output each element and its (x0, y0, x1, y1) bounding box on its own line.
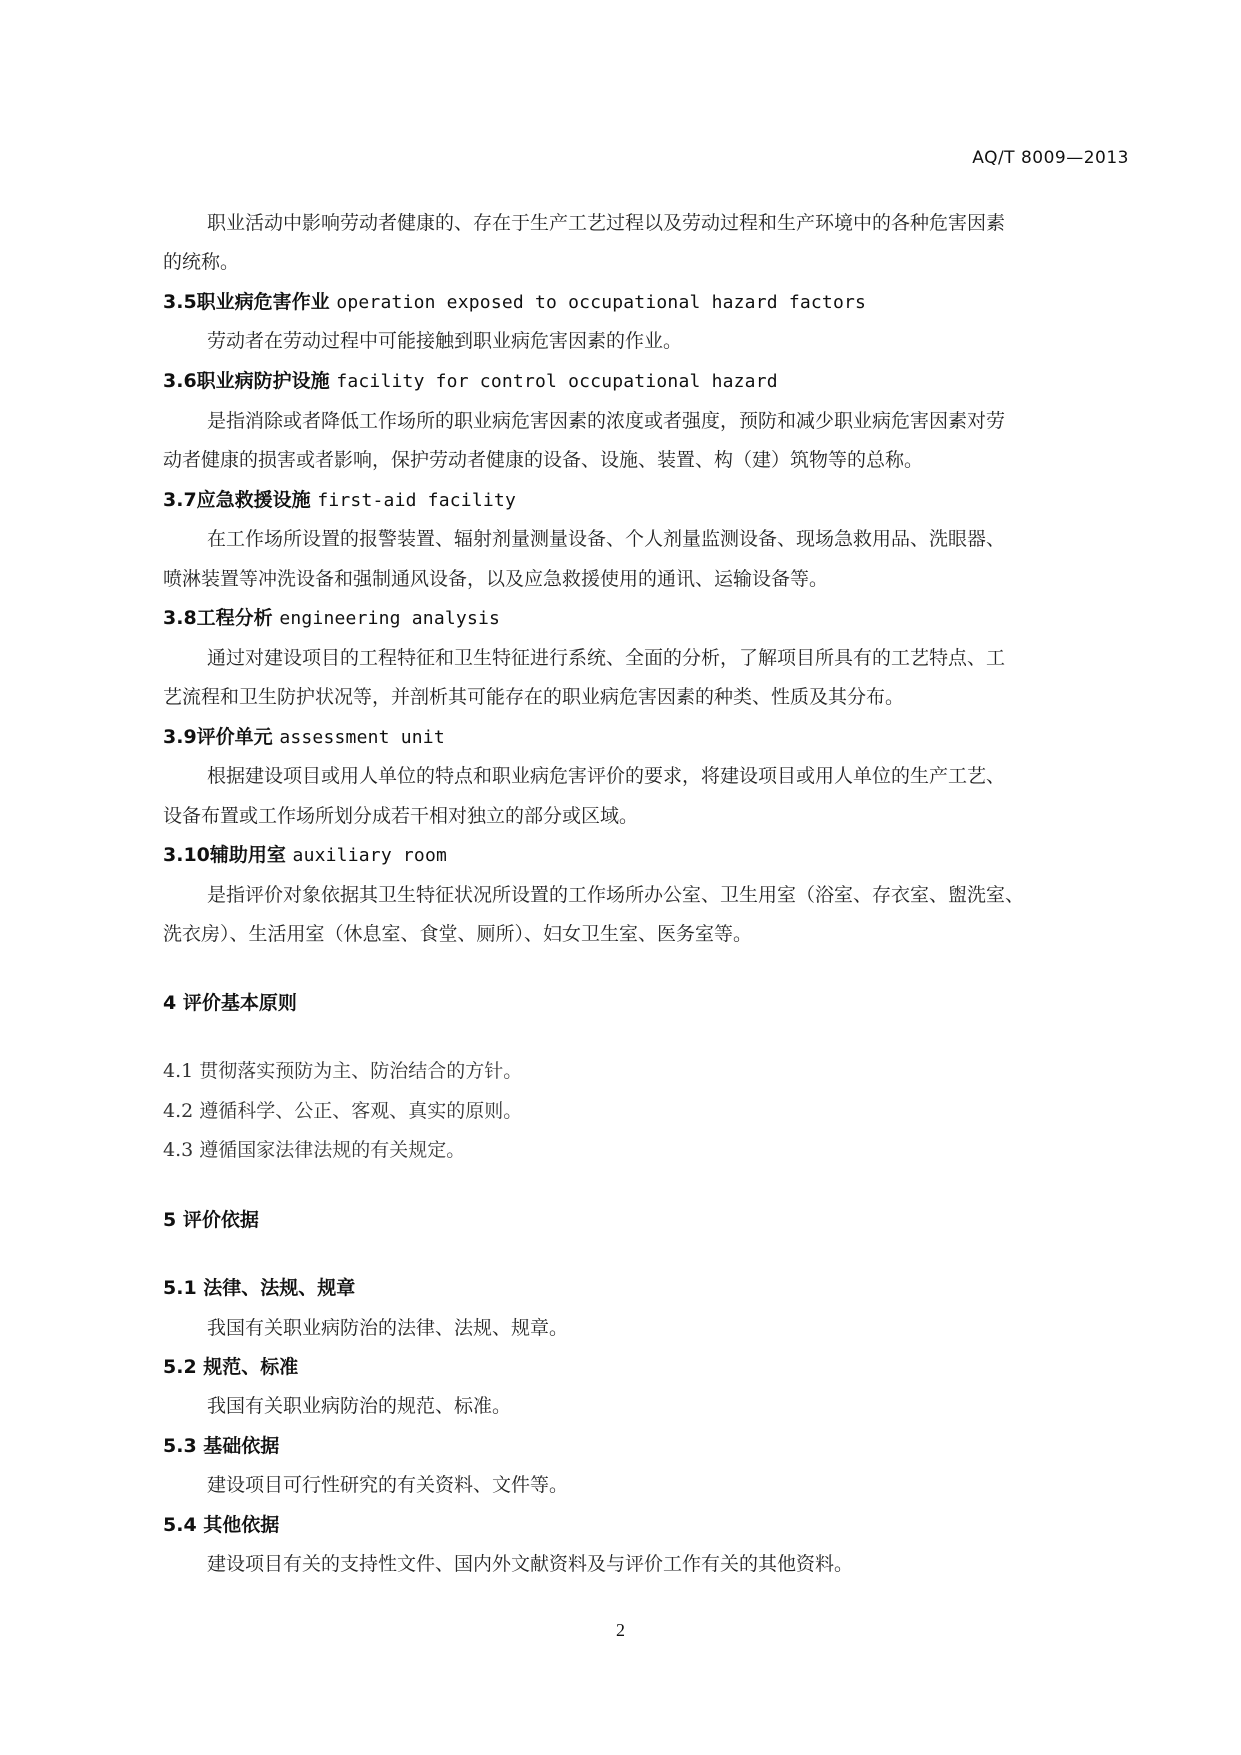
term-en: first-aid facility (317, 490, 516, 511)
term-heading-3-6: 3.6职业病防护设施 facility for control occupati… (163, 368, 1123, 395)
term-heading-3-7: 3.7应急救援设施 first-aid facility (163, 487, 1123, 514)
definition-text: 设备布置或工作场所划分成若干相对独立的部分或区域。 (163, 803, 1123, 829)
term-zh: 辅助用室 (210, 844, 286, 866)
term-zh: 职业病防护设施 (197, 370, 330, 392)
definition-text: 劳动者在劳动过程中可能接触到职业病危害因素的作业。 (207, 328, 1167, 354)
section-5-title: 5 评价依据 (163, 1207, 1123, 1233)
definition-text: 职业活动中影响劳动者健康的、存在于生产工艺过程以及劳动过程和生产环境中的各种危害… (207, 210, 1167, 236)
definition-text: 是指消除或者降低工作场所的职业病危害因素的浓度或者强度，预防和减少职业病危害因素… (207, 408, 1167, 434)
document-page: AQ/T 8009—2013 职业活动中影响劳动者健康的、存在于生产工艺过程以及… (0, 0, 1241, 1755)
term-en: assessment unit (279, 727, 445, 748)
term-number: 3.7 (163, 489, 197, 511)
subsection-text: 我国有关职业病防治的法律、法规、规章。 (207, 1315, 1167, 1341)
subsection-5-1-title: 5.1 法律、法规、规章 (163, 1275, 1123, 1301)
page-number: 2 (0, 1620, 1241, 1641)
subsection-5-2-title: 5.2 规范、标准 (163, 1354, 1123, 1380)
term-heading-3-8: 3.8工程分析 engineering analysis (163, 605, 1123, 632)
definition-text: 在工作场所设置的报警装置、辐射剂量测量设备、个人剂量监测设备、现场急救用品、洗眼… (207, 526, 1167, 552)
term-heading-3-10: 3.10辅助用室 auxiliary room (163, 842, 1123, 869)
definition-text: 喷淋装置等冲洗设备和强制通风设备，以及应急救援使用的通讯、运输设备等。 (163, 566, 1123, 592)
term-number: 3.8 (163, 607, 197, 629)
term-number: 3.5 (163, 291, 197, 313)
term-number: 3.9 (163, 726, 197, 748)
principle-item: 4.3 遵循国家法律法规的有关规定。 (163, 1137, 1123, 1163)
subsection-text: 建设项目有关的支持性文件、国内外文献资料及与评价工作有关的其他资料。 (207, 1551, 1167, 1577)
principle-item: 4.2 遵循科学、公正、客观、真实的原则。 (163, 1098, 1123, 1124)
subsection-5-3-title: 5.3 基础依据 (163, 1433, 1123, 1459)
term-zh: 应急救援设施 (197, 489, 311, 511)
term-en: facility for control occupational hazard (336, 371, 777, 392)
term-heading-3-9: 3.9评价单元 assessment unit (163, 724, 1123, 751)
definition-text: 艺流程和卫生防护状况等，并剖析其可能存在的职业病危害因素的种类、性质及其分布。 (163, 684, 1123, 710)
term-number: 3.10 (163, 844, 210, 866)
term-en: operation exposed to occupational hazard… (336, 292, 866, 313)
definition-text: 的统称。 (163, 249, 1123, 275)
term-number: 3.6 (163, 370, 197, 392)
subsection-text: 建设项目可行性研究的有关资料、文件等。 (207, 1472, 1167, 1498)
standard-code: AQ/T 8009—2013 (972, 148, 1129, 168)
term-en: engineering analysis (279, 608, 500, 629)
definition-text: 通过对建设项目的工程特征和卫生特征进行系统、全面的分析，了解项目所具有的工艺特点… (207, 645, 1167, 671)
section-4-title: 4 评价基本原则 (163, 990, 1123, 1016)
subsection-5-4-title: 5.4 其他依据 (163, 1512, 1123, 1538)
term-zh: 职业病危害作业 (197, 291, 330, 313)
term-zh: 工程分析 (197, 607, 273, 629)
term-heading-3-5: 3.5职业病危害作业 operation exposed to occupati… (163, 289, 1123, 316)
subsection-text: 我国有关职业病防治的规范、标准。 (207, 1393, 1167, 1419)
definition-text: 根据建设项目或用人单位的特点和职业病危害评价的要求，将建设项目或用人单位的生产工… (207, 763, 1167, 789)
definition-text: 洗衣房）、生活用室（休息室、食堂、厕所）、妇女卫生室、医务室等。 (163, 921, 1123, 947)
term-zh: 评价单元 (197, 726, 273, 748)
term-en: auxiliary room (293, 845, 448, 866)
definition-text: 是指评价对象依据其卫生特征状况所设置的工作场所办公室、卫生用室（浴室、存衣室、盥… (207, 882, 1167, 908)
principle-item: 4.1 贯彻落实预防为主、防治结合的方针。 (163, 1058, 1123, 1084)
definition-text: 动者健康的损害或者影响，保护劳动者健康的设备、设施、装置、构（建）筑物等的总称。 (163, 447, 1123, 473)
